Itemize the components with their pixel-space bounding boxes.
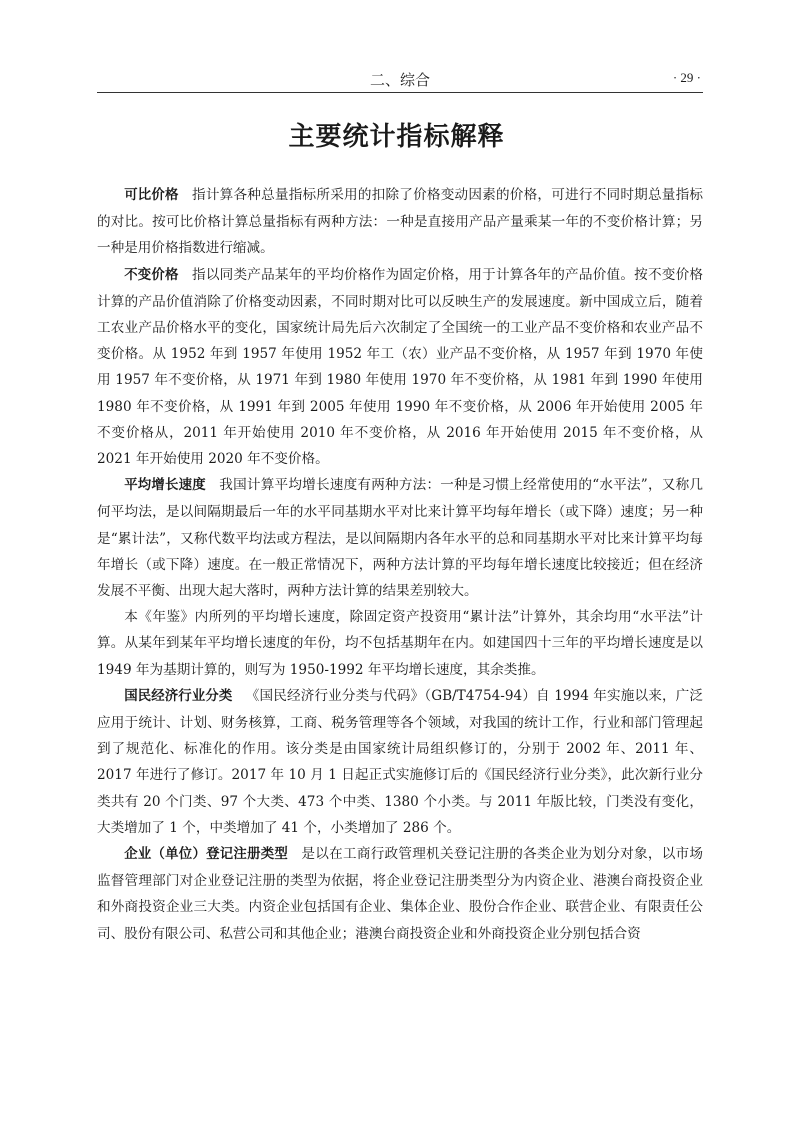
paragraph-registration-type: 企业（单位）登记注册类型是以在工商行政管理机关登记注册的各类企业为划分对象，以市… bbox=[97, 841, 703, 947]
paragraph-text: 指计算各种总量指标所采用的扣除了价格变动因素的价格，可进行不同时期总量指标的对比… bbox=[97, 187, 703, 256]
paragraph-constant-price: 不变价格指以同类产品某年的平均价格作为固定价格，用于计算各年的产品价值。按不变价… bbox=[97, 262, 703, 473]
paragraph-average-growth-rate: 平均增长速度我国计算平均增长速度有两种方法：一种是习惯上经常使用的“水平法”，又… bbox=[97, 472, 703, 604]
term-heading: 国民经济行业分类 bbox=[124, 689, 232, 704]
term-heading: 不变价格 bbox=[124, 268, 178, 283]
term-heading: 平均增长速度 bbox=[124, 478, 206, 493]
paragraph-text: 我国计算平均增长速度有两种方法：一种是习惯上经常使用的“水平法”，又称几何平均法… bbox=[97, 477, 703, 599]
paragraph-comparable-price: 可比价格指计算各种总量指标所采用的扣除了价格变动因素的价格，可进行不同时期总量指… bbox=[97, 182, 703, 262]
term-heading: 可比价格 bbox=[124, 188, 178, 203]
paragraph-industry-classification: 国民经济行业分类《国民经济行业分类与代码》（GB/T4754-94）自 1994… bbox=[97, 683, 703, 841]
term-heading: 企业（单位）登记注册类型 bbox=[124, 847, 288, 862]
page-number: · 29 · bbox=[673, 70, 701, 86]
paragraph-text: 《国民经济行业分类与代码》（GB/T4754-94）自 1994 年实施以来，广… bbox=[97, 688, 703, 836]
document-body: 可比价格指计算各种总量指标所采用的扣除了价格变动因素的价格，可进行不同时期总量指… bbox=[97, 182, 703, 947]
paragraph-text: 本《年鉴》内所列的平均增长速度，除固定资产投资用“累计法”计算外，其余均用“水平… bbox=[97, 609, 703, 677]
paragraph-text: 指以同类产品某年的平均价格作为固定价格，用于计算各年的产品价值。按不变价格计算的… bbox=[97, 267, 703, 467]
paragraph-yearbook-note: 本《年鉴》内所列的平均增长速度，除固定资产投资用“累计法”计算外，其余均用“水平… bbox=[97, 604, 703, 683]
running-header: 二、综合 · 29 · bbox=[97, 66, 703, 93]
section-title: 二、综合 bbox=[97, 69, 703, 90]
page-title: 主要统计指标解释 bbox=[0, 116, 793, 153]
